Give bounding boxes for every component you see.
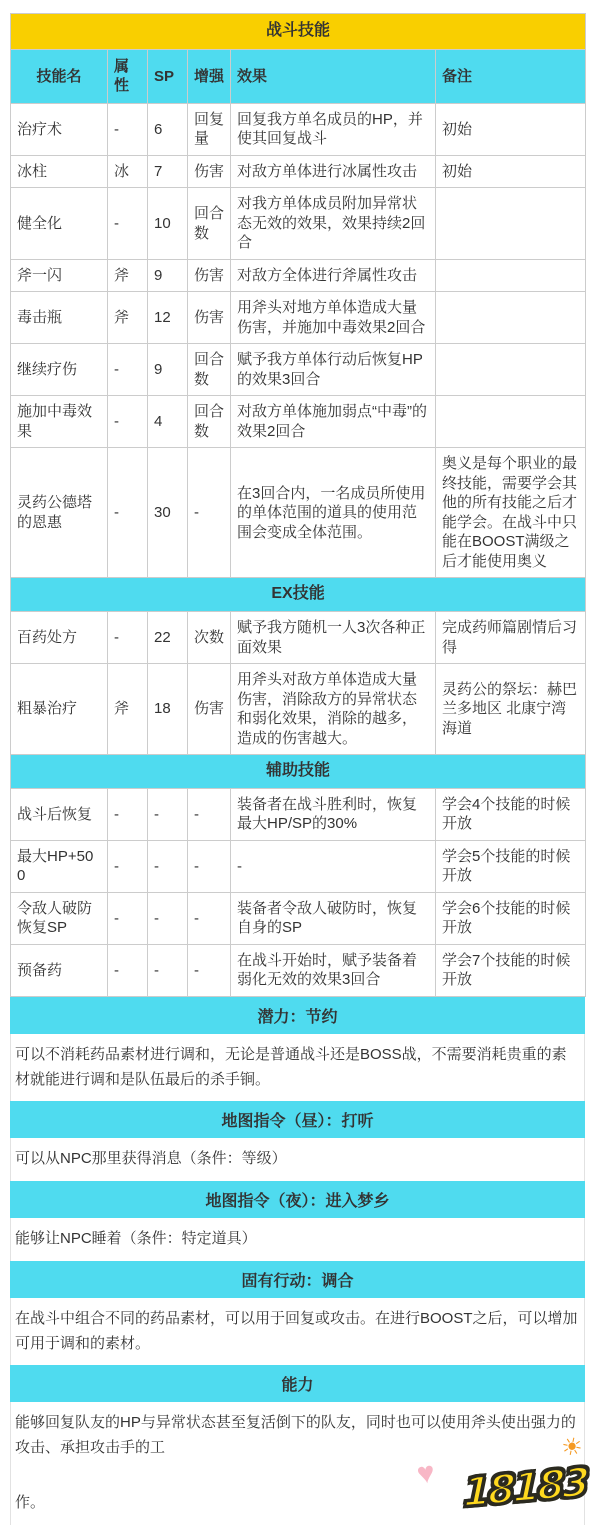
table-cell: - (148, 944, 188, 996)
table-cell: - (108, 612, 148, 664)
battle-skills-body: 治疗术-6回复量回复我方单名成员的HP，并使其回复战斗初始冰柱冰7伤害对敌方单体… (11, 103, 586, 578)
table-cell: 装备者令敌人破防时，恢复自身的SP (231, 892, 436, 944)
table-cell: 学会6个技能的时候开放 (436, 892, 586, 944)
section-bar-unique-action: 固有行动：调合 (10, 1261, 585, 1298)
table-cell: 治疗术 (11, 103, 108, 155)
section-bar-map-command-day: 地图指令（昼）：打听 (10, 1101, 585, 1138)
table-cell: 装备者在战斗胜利时，恢复最大HP/SP的30% (231, 788, 436, 840)
section-body-ability: 能够回复队友的HP与异常状态甚至复活倒下的队友，同时也可以使用斧头使出强力的攻击… (10, 1402, 585, 1524)
table-cell (436, 188, 586, 260)
table-cell: 18 (148, 664, 188, 755)
table-cell: 9 (148, 259, 188, 292)
table-row: 预备药---在战斗开始时，赋予装备着弱化无效的效果3回合学会7个技能的时候开放 (11, 944, 586, 996)
section-bar-ability: 能力 (10, 1365, 585, 1402)
table-cell: - (231, 840, 436, 892)
table-cell: 健全化 (11, 188, 108, 260)
table-cell: - (188, 840, 231, 892)
table-cell: 回复量 (188, 103, 231, 155)
table-cell: - (148, 892, 188, 944)
table-cell: 30 (148, 448, 188, 578)
table-cell: 用斧头对敌方单体造成大量伤害，消除敌方的异常状态和弱化效果，消除的越多，造成的伤… (231, 664, 436, 755)
table-cell: 粗暴治疗 (11, 664, 108, 755)
guide-content: 战斗技能 技能名 属性 SP 增强 效果 备注 治疗术-6回复量回复我方单名成员… (10, 13, 585, 1525)
table-cell: 冰 (108, 155, 148, 188)
table-row: 继续疗伤-9回合数赋予我方单体行动后恢复HP的效果3回合 (11, 344, 586, 396)
section-body-map-command-night: 能够让NPC睡着（条件：特定道具） (10, 1218, 585, 1261)
column-header-skill-name: 技能名 (11, 49, 108, 103)
table-cell: 9 (148, 344, 188, 396)
column-header-attribute: 属性 (108, 49, 148, 103)
table-cell: 施加中毒效果 (11, 396, 108, 448)
table-cell: 10 (148, 188, 188, 260)
table-row: 令敌人破防恢复SP---装备者令敌人破防时，恢复自身的SP学会6个技能的时候开放 (11, 892, 586, 944)
table-cell: 学会7个技能的时候开放 (436, 944, 586, 996)
table-cell: 百药处方 (11, 612, 108, 664)
table-cell: 学会4个技能的时候开放 (436, 788, 586, 840)
table-cell: - (108, 396, 148, 448)
table-cell: 继续疗伤 (11, 344, 108, 396)
table-row: 最大HP+500----学会5个技能的时候开放 (11, 840, 586, 892)
table-cell: 对敌方全体进行斧属性攻击 (231, 259, 436, 292)
table-cell: 斧 (108, 292, 148, 344)
table-cell: 伤害 (188, 155, 231, 188)
table-cell: 回合数 (188, 396, 231, 448)
table-cell: 令敌人破防恢复SP (11, 892, 108, 944)
table-row: 治疗术-6回复量回复我方单名成员的HP，并使其回复战斗初始 (11, 103, 586, 155)
table-cell: 伤害 (188, 664, 231, 755)
column-header-notes: 备注 (436, 49, 586, 103)
table-cell: 赋予我方单体行动后恢复HP的效果3回合 (231, 344, 436, 396)
battle-skills-title: 战斗技能 (11, 14, 586, 50)
table-cell: 伤害 (188, 292, 231, 344)
table-cell: 初始 (436, 155, 586, 188)
table-cell: 在3回合内，一名成员所使用的单体范围的道具的使用范围会变成全体范围。 (231, 448, 436, 578)
table-cell: 对我方单体成员附加异常状态无效的效果，效果持续2回合 (231, 188, 436, 260)
table-cell: 对敌方单体施加弱点“中毒”的效果2回合 (231, 396, 436, 448)
table-cell: - (108, 788, 148, 840)
table-row: 冰柱冰7伤害对敌方单体进行冰属性攻击初始 (11, 155, 586, 188)
ability-text-line2: 作。 (15, 1491, 580, 1516)
table-cell: 12 (148, 292, 188, 344)
table-cell (436, 396, 586, 448)
table-row: 粗暴治疗斧18伤害用斧头对敌方单体造成大量伤害，消除敌方的异常状态和弱化效果，消… (11, 664, 586, 755)
table-cell: 伤害 (188, 259, 231, 292)
table-row: 毒击瓶斧12伤害用斧头对地方单体造成大量伤害，并施加中毒效果2回合 (11, 292, 586, 344)
table-cell: 灵药公德塔的恩惠 (11, 448, 108, 578)
table-cell: 斧 (108, 259, 148, 292)
table-cell: 斧一闪 (11, 259, 108, 292)
table-cell (436, 292, 586, 344)
table-cell: - (148, 840, 188, 892)
table-cell: - (148, 788, 188, 840)
table-cell: - (188, 788, 231, 840)
table-row: 战斗后恢复---装备者在战斗胜利时，恢复最大HP/SP的30%学会4个技能的时候… (11, 788, 586, 840)
table-cell: - (108, 188, 148, 260)
ex-skills-title-row: EX技能 (11, 578, 586, 612)
table-cell: 战斗后恢复 (11, 788, 108, 840)
battle-skills-title-row: 战斗技能 (11, 14, 586, 50)
table-row: 百药处方-22次数赋予我方随机一人3次各种正面效果完成药师篇剧情后习得 (11, 612, 586, 664)
section-bar-map-command-night: 地图指令（夜）：进入梦乡 (10, 1181, 585, 1218)
column-header-row: 技能名 属性 SP 增强 效果 备注 (11, 49, 586, 103)
table-cell: 6 (148, 103, 188, 155)
support-skills-title-row: 辅助技能 (11, 755, 586, 789)
section-body-talent: 可以不消耗药品素材进行调和，无论是普通战斗还是BOSS战，不需要消耗贵重的素材就… (10, 1034, 585, 1102)
table-cell: 用斧头对地方单体造成大量伤害，并施加中毒效果2回合 (231, 292, 436, 344)
table-cell: 回合数 (188, 188, 231, 260)
table-cell: 赋予我方随机一人3次各种正面效果 (231, 612, 436, 664)
table-cell: - (108, 840, 148, 892)
column-header-sp: SP (148, 49, 188, 103)
table-cell: 对敌方单体进行冰属性攻击 (231, 155, 436, 188)
column-header-effect: 效果 (231, 49, 436, 103)
table-cell: - (188, 448, 231, 578)
table-row: 施加中毒效果-4回合数对敌方单体施加弱点“中毒”的效果2回合 (11, 396, 586, 448)
table-cell: 初始 (436, 103, 586, 155)
table-cell: - (108, 448, 148, 578)
table-cell: 冰柱 (11, 155, 108, 188)
table-cell: - (188, 892, 231, 944)
table-cell (436, 259, 586, 292)
table-cell: - (108, 892, 148, 944)
table-cell: 完成药师篇剧情后习得 (436, 612, 586, 664)
table-cell: 次数 (188, 612, 231, 664)
table-cell: 毒击瓶 (11, 292, 108, 344)
table-row: 斧一闪斧9伤害对敌方全体进行斧属性攻击 (11, 259, 586, 292)
table-cell: 22 (148, 612, 188, 664)
table-cell: - (108, 944, 148, 996)
section-bar-talent: 潜力：节约 (10, 997, 585, 1034)
ex-skills-title: EX技能 (11, 578, 586, 612)
table-cell: - (108, 103, 148, 155)
table-cell: 斧 (108, 664, 148, 755)
column-header-boost: 增强 (188, 49, 231, 103)
section-body-unique-action: 在战斗中组合不同的药品素材，可以用于回复或攻击。在进行BOOST之后，可以增加可… (10, 1298, 585, 1366)
table-cell: 4 (148, 396, 188, 448)
table-cell: - (108, 344, 148, 396)
table-cell: 回复我方单名成员的HP，并使其回复战斗 (231, 103, 436, 155)
support-skills-title: 辅助技能 (11, 755, 586, 789)
table-cell: 灵药公的祭坛：赫巴兰多地区 北康宁湾海道 (436, 664, 586, 755)
table-cell: 7 (148, 155, 188, 188)
ex-skills-body: 百药处方-22次数赋予我方随机一人3次各种正面效果完成药师篇剧情后习得粗暴治疗斧… (11, 612, 586, 755)
section-body-map-command-day: 可以从NPC那里获得消息（条件：等级） (10, 1138, 585, 1181)
table-cell: 奥义是每个职业的最终技能，需要学会其他的所有技能之后才能学会。在战斗中只能在BO… (436, 448, 586, 578)
page: 战斗技能 技能名 属性 SP 增强 效果 备注 治疗术-6回复量回复我方单名成员… (0, 0, 593, 1525)
table-row: 健全化-10回合数对我方单体成员附加异常状态无效的效果，效果持续2回合 (11, 188, 586, 260)
support-skills-body: 战斗后恢复---装备者在战斗胜利时，恢复最大HP/SP的30%学会4个技能的时候… (11, 788, 586, 996)
table-cell: - (188, 944, 231, 996)
table-cell: 最大HP+500 (11, 840, 108, 892)
table-cell: 回合数 (188, 344, 231, 396)
table-row: 灵药公德塔的恩惠-30-在3回合内，一名成员所使用的单体范围的道具的使用范围会变… (11, 448, 586, 578)
ability-text-line1: 能够回复队友的HP与异常状态甚至复活倒下的队友，同时也可以使用斧头使出强力的攻击… (15, 1411, 580, 1461)
table-cell: 在战斗开始时，赋予装备着弱化无效的效果3回合 (231, 944, 436, 996)
table-cell: 学会5个技能的时候开放 (436, 840, 586, 892)
table-cell: 预备药 (11, 944, 108, 996)
skills-table: 战斗技能 技能名 属性 SP 增强 效果 备注 治疗术-6回复量回复我方单名成员… (10, 13, 586, 997)
table-cell (436, 344, 586, 396)
